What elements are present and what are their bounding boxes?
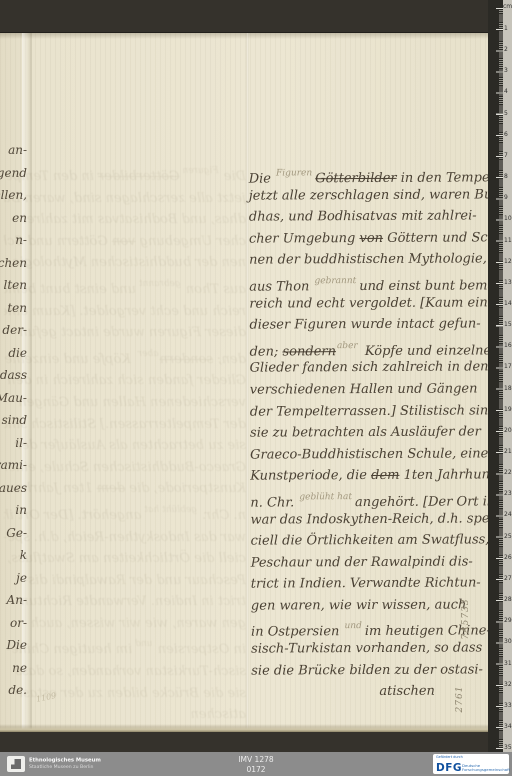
scan-paper: an-gendstellen,enn-schenltentender-dieda… [0,33,488,732]
ruler-number: 13 [504,280,512,286]
handwritten-line: dieser Figuren wurde intact gefun- [249,314,488,337]
handwritten-line: Kunstperiode, die dem 1ten Jahrhundert [4,478,246,500]
ruler-numbers: cm 1234567891011121314151617181920212223… [503,0,512,752]
handwritten-line: atischen [251,681,488,704]
handwritten-line: aus Thon gebranntund einst bunt bemalt u… [249,270,488,293]
handwritten-line: dieser Figuren wurde intact gefun- [4,322,246,344]
handwritten-line: trict in Indien. Verwandte Richtun- [251,573,488,596]
handwritten-line: trict in Indien. Verwandte Richtun- [4,591,246,613]
handwritten-line: dhas, und Bodhisatvas mit zahlrei- [4,209,246,231]
ruler-number: 21 [504,449,512,455]
dfg-logo: Gefördert durch DFG Deutsche Forschungsg… [433,754,509,774]
handwritten-line: nen der buddhistischen Mythologie, [4,252,246,274]
handwritten-line: Peschaur und der Rawalpindi dis- [4,570,246,592]
ruler-number: 6 [504,132,508,138]
pencil-correction: und [135,639,152,649]
ruler-number: 19 [504,407,512,413]
dfg-logo-row: DFG Deutsche Forschungsgemeinschaft [436,760,506,776]
bleed-through-text: Die FigurenGötterbilder in den Tempeln, … [4,161,246,721]
pencil-correction: gebrannt [314,276,356,286]
handwritten-line: Die FigurenGötterbilder in den Tempeln, … [249,162,488,185]
handwritten-line: aus Thon gebranntund einst bunt bemalt u… [4,274,246,301]
pencil-correction: und [344,622,361,632]
handwritten-line: cher Umgebung von Göttern und Schrei- [4,231,246,253]
ruler-unit-label: cm [503,3,512,10]
ruler-number: 4 [504,89,508,95]
left-page-line-fragment: an- [0,139,27,162]
handwritten-line: verschiedenen Hallen und Gängen [250,378,488,401]
ruler-number: 12 [504,259,512,265]
ruler-number: 10 [504,216,512,222]
handwritten-line: war das Indoskythen-Reich, d.h. spe- [4,527,246,549]
handwritten-line: n. Chr. geblüht hatangehört. [Der Ort ih… [250,486,488,509]
ruler-number: 16 [504,343,512,349]
ruler-number: 5 [504,111,508,117]
handwritten-line: Kunstperiode, die dem 1ten Jahrhundert [250,465,488,488]
ruler-number: 32 [504,682,512,688]
handwritten-line: den; sondernaber Köpfe und einzelne [249,335,488,358]
page-crease [246,33,249,732]
handwritten-line: Glieder fanden sich zahlreich in den [4,370,246,392]
ruler-number: 24 [504,512,512,518]
ruler-number: 35 [504,745,512,751]
pencil-correction: Figuren [276,168,312,178]
handwritten-line: atischen [4,704,246,721]
ruler-number: 28 [504,597,512,603]
handwritten-line: gen waren, wie wir wissen, auch [251,594,488,617]
ruler-number: 26 [504,555,512,561]
ruler [488,0,503,752]
handwritten-line: sisch-Turkistan vorhanden, so dass [4,661,246,683]
ruler-number: 29 [504,618,512,624]
ruler-number: 11 [504,238,512,244]
handwritten-line: dhas, und Bodhisatvas mit zahlrei- [249,206,488,229]
handwritten-line: in Ostpersien undim heutigen Chine- [4,634,246,661]
ruler-number: 22 [504,470,512,476]
handwritten-line: ciell die Örtlichkeiten am Swatfluss, [4,548,246,570]
ruler-number: 14 [504,301,512,307]
ruler-number: 34 [504,724,512,730]
ruler-number: 17 [504,364,512,370]
handwritten-line: n. Chr. geblüht hatangehört. [Der Ort ih… [4,500,246,527]
handwritten-line: cher Umgebung von Göttern und Schrei- [249,227,488,250]
handwritten-line: den; sondernaber Köpfe und einzelne [4,344,246,371]
ruler-number: 9 [504,195,508,201]
dfg-funding-note: Gefördert durch [436,755,465,757]
dfg-full-name: Deutsche Forschungsgemeinschaft [462,764,467,772]
pencil-correction: aber [337,341,358,351]
handwritten-line: Glieder fanden sich zahlreich in den [250,357,488,380]
dfg-abbreviation: DFG [436,763,462,773]
handwritten-line: Peschaur und der Rawalpindi dis- [251,551,488,574]
pencil-correction: geblüht hat [299,492,352,502]
handwritten-line: reich und echt vergoldet. [Kaum eine [4,301,246,323]
pencil-correction: aber [138,349,159,359]
ruler-number: 18 [504,386,512,392]
ruler-number: 31 [504,661,512,667]
ruler-number: 20 [504,428,512,434]
ruler-number: 30 [504,639,512,645]
handwritten-line: jetzt alle zerschlagen sind, waren Bud- [4,188,246,210]
handwritten-line: der Tempelterrassen.] Stilistisch sind [4,414,246,436]
scanned-manuscript-viewer: an-gendstellen,enn-schenltentender-dieda… [0,0,512,776]
dfg-name-line2: Forschungsgemeinschaft [462,768,510,772]
ruler-number: 27 [504,576,512,582]
pencil-correction: Figuren [182,166,218,176]
ruler-number: 2 [504,47,508,53]
handwritten-line: sie zu betrachten als Ausläufer der [4,435,246,457]
margin-note-vertical: 2761 [455,679,465,719]
handwritten-line: Graeco-Buddhistischen Schule, einer [4,457,246,479]
footer-bar: Ethnologisches Museum Staatliche Museen … [0,752,512,776]
margin-note-vertical: 7A5733 [461,591,471,647]
handwritten-line: jetzt alle zerschlagen sind, waren Bud- [249,184,488,207]
handwritten-line: sie die Brücke bilden zu der ostasi- [251,659,488,682]
handwritten-line: reich und echt vergoldet. [Kaum eine [249,292,488,315]
ruler-number: 23 [504,491,512,497]
ruler-number: 15 [504,322,512,328]
handwritten-line: nen der buddhistischen Mythologie, [249,249,488,272]
ruler-number: 33 [504,703,512,709]
ruler-number: 1 [504,26,508,32]
ruler-number: 7 [504,153,508,159]
pencil-correction: geblüht hat [144,505,197,515]
pencil-correction: gebrannt [139,279,181,289]
ruler-number: 3 [504,68,508,74]
handwritten-line: sie zu betrachten als Ausläufer der [250,421,488,444]
ruler-number: 25 [504,534,512,540]
handwritten-line: verschiedenen Hallen und Gängen [4,392,246,414]
handwritten-line: war das Indoskythen-Reich, d.h. spe- [250,508,488,531]
handwritten-line: sisch-Turkistan vorhanden, so dass [251,637,488,660]
ruler-number: 8 [504,174,508,180]
handwritten-line: ciell die Örtlichkeiten am Swatfluss, [251,529,488,552]
handwritten-line: der Tempelterrassen.] Stilistisch sind [250,400,488,423]
handwritten-text: Die FigurenGötterbilder in den Tempeln, … [249,162,488,703]
handwritten-line: in Ostpersien undim heutigen Chine- [251,616,488,639]
handwritten-line: gen waren, wie wir wissen, auch [4,613,246,635]
handwritten-line: Graeco-Buddhistischen Schule, einer [250,443,488,466]
handwritten-line: Die FigurenGötterbilder in den Tempeln, … [4,161,246,188]
